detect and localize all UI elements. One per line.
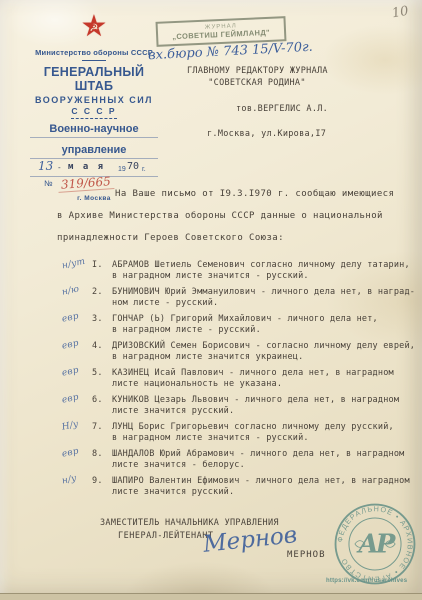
emblem: ★ ☭ — [30, 10, 158, 46]
seal-monogram: АР — [356, 529, 397, 559]
ministry-line: Министерство обороны СССР — [30, 48, 158, 57]
date-year-typed: 70 — [127, 161, 139, 172]
scanned-document: 10 ★ ☭ Министерство обороны СССР ГЕНЕРАЛ… — [0, 0, 422, 600]
item-line1: БУНИМОВИЧ Юрий Эммануилович - личного де… — [112, 287, 412, 298]
item-line2: листе значится - белорус. — [112, 460, 412, 471]
margin-mark-handwritten: н/у — [61, 474, 78, 488]
item-number: I. — [92, 260, 103, 271]
item-line2: в наградном листе значится - русский. — [112, 433, 412, 444]
margin-mark-handwritten: н/ут — [61, 257, 86, 273]
item-line1: ДРИЗОВСКИЙ Семен Борисович - согласно ли… — [112, 341, 412, 352]
hammer-sickle-icon: ☭ — [90, 23, 99, 34]
date-month: м а я — [68, 162, 105, 172]
body-line1: На Ваше письмо от I9.3.I970 г. сообщаю и… — [57, 183, 403, 205]
item-line1: ШАПИРО Валентин Ефимович - личного дела … — [112, 476, 412, 487]
date-day-handwritten: 13 — [38, 159, 53, 173]
item-line2: в наградном листе - русский. — [112, 325, 412, 336]
watermark-url: https://vk.com/rusarchives — [326, 578, 407, 584]
heroes-list: н/ут I. АБРАМОВ Шетиель Семенович соглас… — [66, 260, 412, 503]
item-line1: КАЗИНЕЦ Исай Павлович - личного дела нет… — [112, 368, 412, 379]
recipient-line1: ГЛАВНОМУ РЕДАКТОРУ ЖУРНАЛА — [187, 66, 328, 76]
list-item: н/ю 2. БУНИМОВИЧ Юрий Эммануилович - лич… — [66, 287, 412, 309]
item-line1: ГОНЧАР (Ь) Григорий Михайлович - личного… — [112, 314, 412, 325]
item-line2: листе значится русский. — [112, 487, 412, 498]
letterhead: ★ ☭ Министерство обороны СССР ГЕНЕРАЛЬНЫ… — [30, 10, 158, 202]
item-line1: ШАНДАЛОВ Юрий Абрамович - личного дела н… — [112, 449, 412, 460]
item-number: 7. — [92, 422, 103, 433]
list-item: евр 4. ДРИЗОВСКИЙ Семен Борисович - согл… — [66, 341, 412, 363]
page-number: 10 — [391, 4, 410, 22]
item-line2: в наградном листе значится украинец. — [112, 352, 412, 363]
recipient-name: тов.ВЕРГЕЛИС А.Л. — [236, 104, 328, 114]
divider — [82, 60, 106, 61]
item-number: 9. — [92, 476, 103, 487]
item-line2: листе значится русский. — [112, 406, 412, 417]
body-line2: в Архиве Министерства обороны СССР данны… — [57, 205, 403, 227]
number-label: № — [44, 179, 53, 188]
department-line-2: управление — [30, 138, 158, 159]
item-line2: листе национальность не указана. — [112, 379, 412, 390]
item-line1: АБРАМОВ Шетиель Семенович согласно лично… — [112, 260, 412, 271]
margin-mark-handwritten: евр — [61, 392, 80, 406]
list-item: евр 5. КАЗИНЕЦ Исай Павлович - личного д… — [66, 368, 412, 390]
item-number: 2. — [92, 287, 103, 298]
signer-title-line2: ГЕНЕРАЛ-ЛЕЙТЕНАНТ — [118, 531, 214, 541]
ussr-line: С С С Р — [30, 106, 158, 116]
item-number: 6. — [92, 395, 103, 406]
item-number: 4. — [92, 341, 103, 352]
margin-mark-handwritten: н/ю — [61, 284, 80, 298]
item-line1: ЛУНЦ Борис Григорьевич согласно личному … — [112, 422, 412, 433]
armed-forces-line: ВООРУЖЕННЫХ СИЛ — [30, 95, 158, 105]
department-line-1: Военно-научное — [30, 119, 158, 138]
archive-seal-stamp: ФЕДЕРАЛЬНОЕ • АРХИВНОЕ • АГЕНТСТВО АР — [333, 502, 417, 586]
margin-mark-handwritten: евр — [61, 338, 80, 352]
recipient-address: г.Москва, ул.Кирова,I7 — [207, 129, 326, 139]
list-item: евр 8. ШАНДАЛОВ Юрий Абрамович - личного… — [66, 449, 412, 471]
body-paragraph: На Ваше письмо от I9.3.I970 г. сообщаю и… — [57, 183, 403, 249]
paper-sheet: 10 ★ ☭ Министерство обороны СССР ГЕНЕРАЛ… — [0, 0, 422, 600]
item-line1: КУНИКОВ Цезарь Львович - личного дела не… — [112, 395, 412, 406]
item-line2: в наградном листе значится - русский. — [112, 271, 412, 282]
margin-mark-handwritten: Н/у — [61, 419, 80, 433]
general-staff-line: ГЕНЕРАЛЬНЫЙ ШТАБ — [30, 65, 158, 93]
recipient-line2: "СОВЕТСКАЯ РОДИНА" — [187, 78, 327, 88]
item-number: 3. — [92, 314, 103, 325]
body-line3: принадлежности Героев Советского Союза: — [57, 227, 403, 249]
item-number: 5. — [92, 368, 103, 379]
date-row: 13 - м а я 19 70 г. — [30, 159, 158, 177]
date-g-label: г. — [142, 166, 146, 173]
margin-mark-handwritten: евр — [61, 446, 80, 460]
list-item: евр 6. КУНИКОВ Цезарь Львович - личного … — [66, 395, 412, 417]
margin-mark-handwritten: евр — [61, 365, 80, 379]
list-item: н/ут I. АБРАМОВ Шетиель Семенович соглас… — [66, 260, 412, 282]
list-item: н/у 9. ШАПИРО Валентин Ефимович - личног… — [66, 476, 412, 498]
signer-name: МЕРНОВ — [287, 550, 326, 560]
margin-mark-handwritten: евр — [61, 311, 80, 325]
list-item: Н/у 7. ЛУНЦ Борис Григорьевич согласно л… — [66, 422, 412, 444]
item-number: 8. — [92, 449, 103, 460]
date-dash: - — [58, 163, 61, 172]
list-item: евр 3. ГОНЧАР (Ь) Григорий Михайлович - … — [66, 314, 412, 336]
date-year-preprint: 19 — [118, 166, 126, 173]
page-bottom-edge — [0, 593, 422, 600]
item-line2: ном листе - русский. — [112, 298, 412, 309]
